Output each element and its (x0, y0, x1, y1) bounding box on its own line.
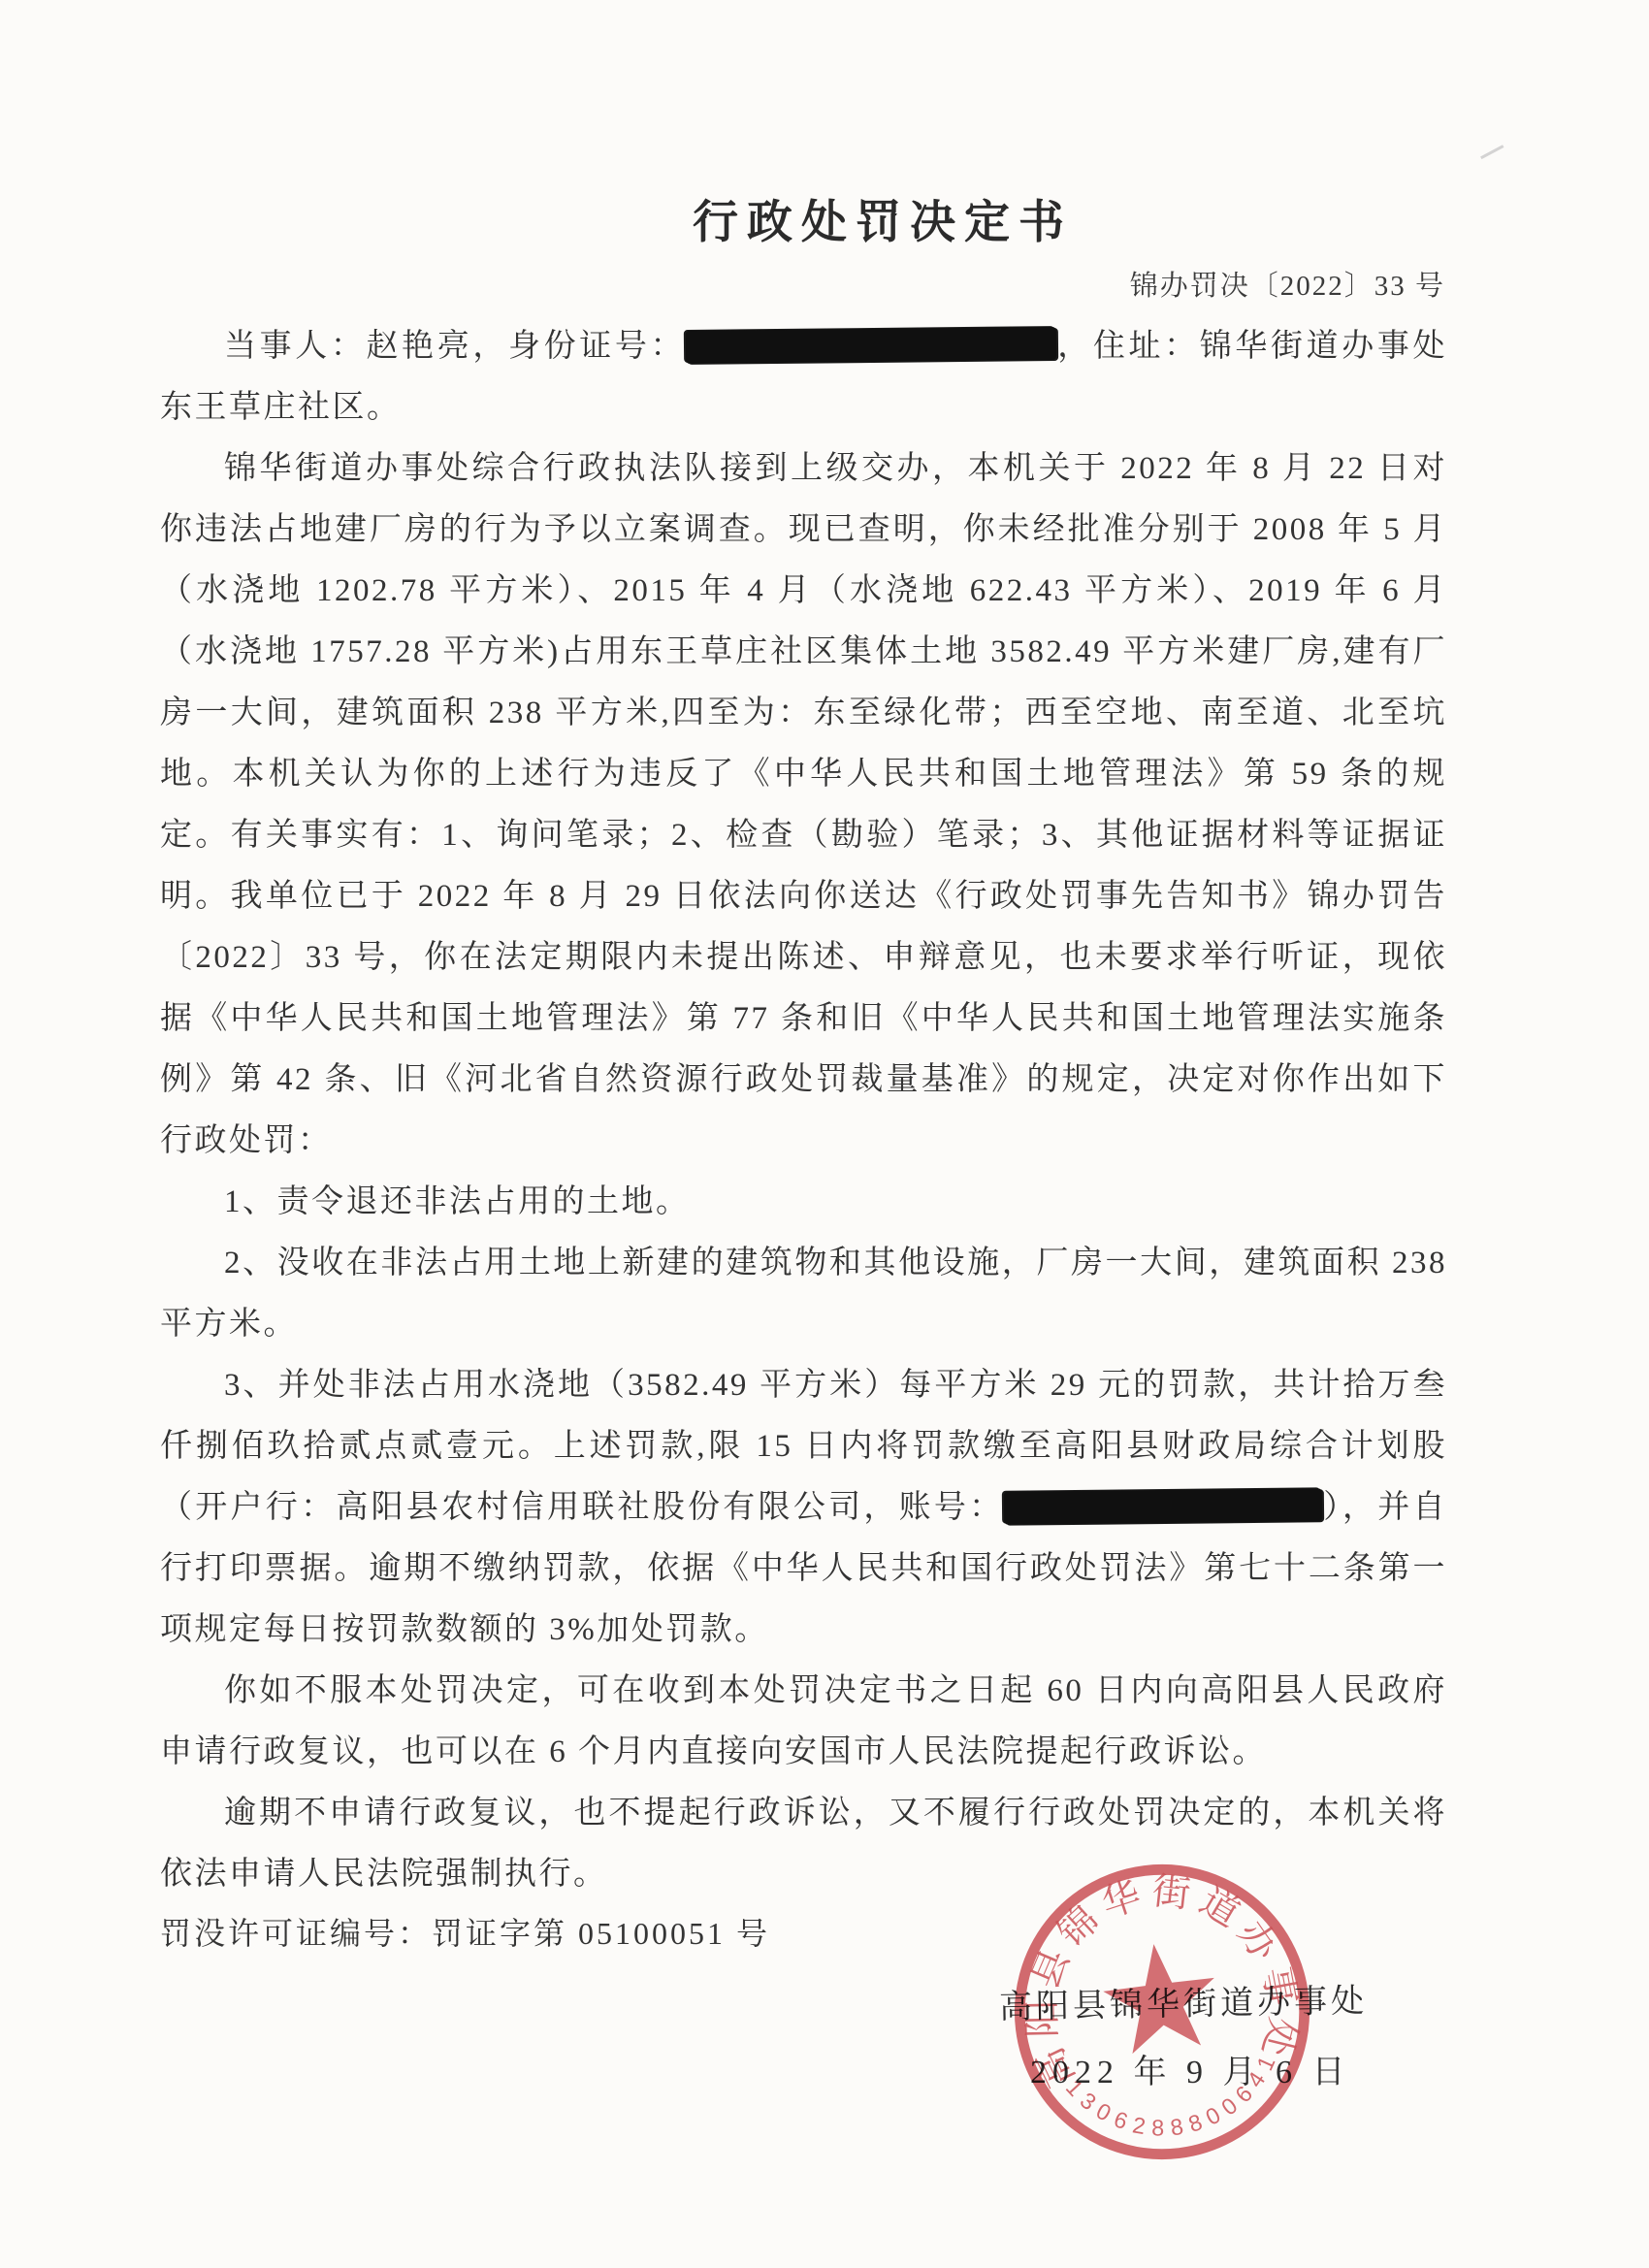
document-number: 锦办罚决〔2022〕33 号 (1130, 264, 1445, 304)
official-seal: 高阳县锦华街道办事处 1306288800641 (972, 1822, 1352, 2202)
party-paragraph: 当事人：赵艳亮，身份证号：，住址：锦华街道办事处东王草庄社区。 (160, 316, 1447, 438)
penalty-item-3: 3、并处非法占用水浇地（3582.49 平方米）每平方米 29 元的罚款，共计拾… (160, 1355, 1447, 1661)
scan-artifact (1474, 133, 1504, 159)
document-page: 行政处罚决定书 锦办罚决〔2022〕33 号 当事人：赵艳亮，身份证号：，住址：… (0, 0, 1649, 2268)
redaction-bar-account-number (1004, 1488, 1322, 1524)
license-number-line: 罚没许可证编号：罚证字第 05100051 号 (160, 1909, 770, 1954)
document-body: 当事人：赵艳亮，身份证号：，住址：锦华街道办事处东王草庄社区。 锦华街道办事处综… (160, 316, 1447, 1905)
penalty-item-1: 1、责令退还非法占用的土地。 (160, 1172, 1447, 1233)
seal-star-icon (1098, 1937, 1222, 2057)
party-text-before-id: 当事人：赵艳亮，身份证号： (224, 329, 686, 364)
document-title: 行政处罚决定书 (204, 186, 1562, 251)
redaction-bar-id-number (686, 327, 1056, 364)
facts-paragraph: 锦华街道办事处综合行政执法队接到上级交办，本机关于 2022 年 8 月 22 … (160, 438, 1447, 1172)
appeal-paragraph: 你如不服本处罚决定，可在收到本处罚决定书之日起 60 日内向高阳县人民政府申请行… (160, 1661, 1447, 1783)
penalty-item-2: 2、没收在非法占用土地上新建的建筑物和其他设施，厂房一大间，建筑面积 238 平… (160, 1233, 1447, 1355)
